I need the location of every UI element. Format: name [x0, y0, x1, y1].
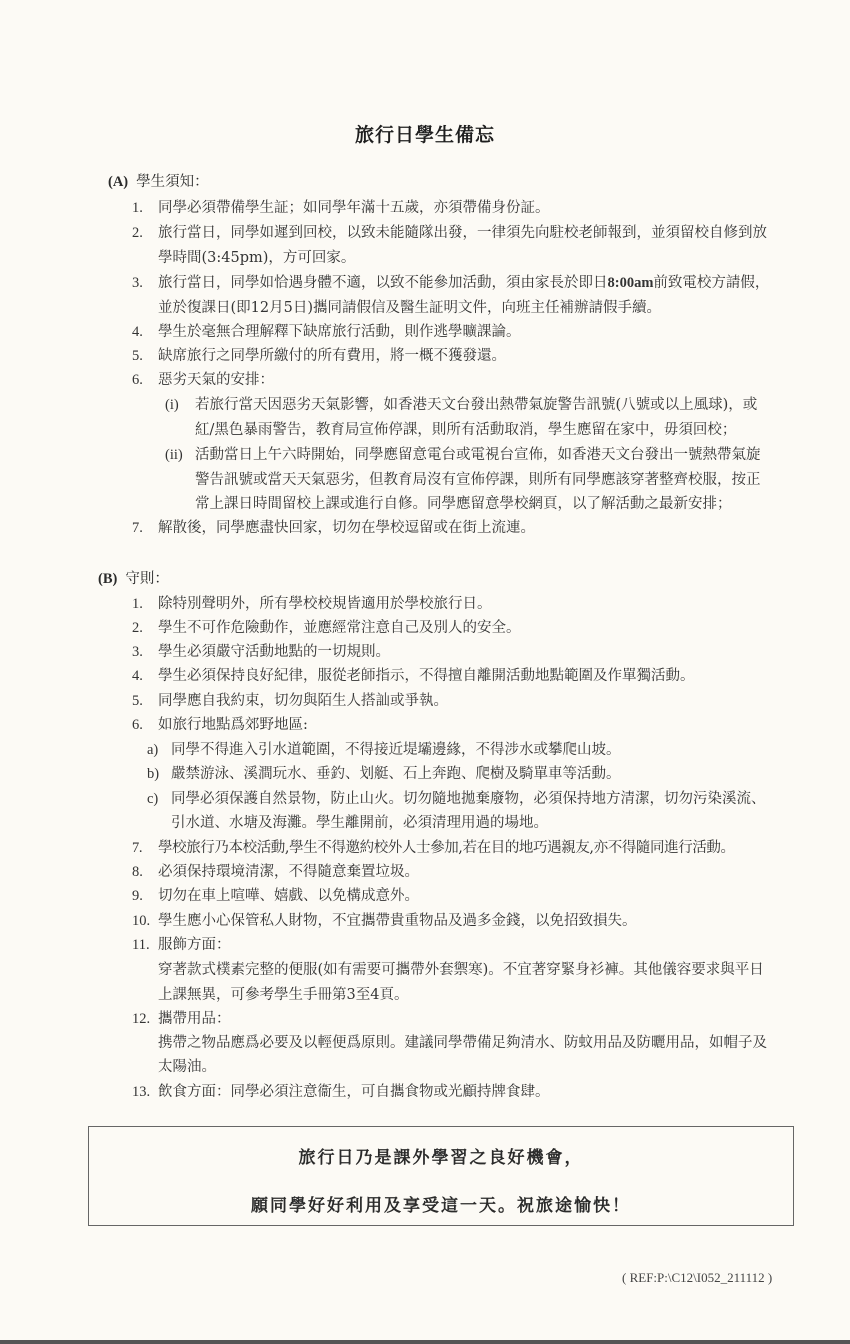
b-item-9: 9.切勿在車上喧嘩、嬉戲、以免構成意外。 — [132, 884, 419, 905]
b-item-11-cont2: 上課無異，可參考學生手冊第3至4頁。 — [158, 983, 408, 1004]
b-item-7: 7.學校旅行乃本校活動,學生不得邀約校外人士參加,若在目的地巧遇親友,亦不得隨同… — [132, 836, 735, 857]
a-item-6-ii-cont2: 常上課日時間留校上課或進行自修。同學應留意學校網頁，以了解活動之最新安排； — [195, 492, 732, 513]
motto-line-1: 旅行日乃是課外學習之良好機會， — [89, 1143, 793, 1168]
motto-line-2: 願同學好好利用及享受這一天。祝旅途愉快！ — [89, 1191, 793, 1216]
b-item-13: 13.飲食方面：同學必須注意衞生，可自攜食物或光顧持牌食肆。 — [132, 1080, 550, 1101]
a-item-6-i-cont: 紅/黑色暴雨警告，教育局宣佈停課，則所有活動取消，學生應留在家中，毋須回校； — [195, 418, 736, 439]
b-item-10: 10.學生應小心保管私人財物，不宜攜帶貴重物品及過多金錢，以免招致損失。 — [132, 909, 637, 930]
a-item-4: 4.學生於毫無合理解釋下缺席旅行活動，則作逃學曠課論。 — [132, 320, 521, 341]
b-item-6-a: a)同學不得進入引水道範圍，不得接近堤壩邊緣，不得涉水或攀爬山坡。 — [147, 738, 621, 759]
section-b-title: 守則： — [125, 571, 169, 587]
reference-code: ( REF:P:\C12\I052_211112 ) — [622, 1270, 772, 1286]
a-item-7: 7.解散後，同學應盡快回家，切勿在學校逗留或在街上流連。 — [132, 516, 535, 537]
a-item-2: 2.旅行當日，同學如遲到回校，以致未能隨隊出發，一律須先向駐校老師報到，並須留校… — [132, 221, 767, 242]
b-item-4: 4.學生必須保持良好紀律，服從老師指示，不得擅自離開活動地點範圍及作單獨活動。 — [132, 664, 695, 685]
b-item-6-c-cont: 引水道、水塘及海灘。學生離開前，必須清理用過的場地。 — [171, 811, 548, 832]
a-item-6-i: (i)若旅行當天因惡劣天氣影響，如香港天文台發出熱帶氣旋警告訊號(八號或以上風球… — [165, 393, 757, 414]
a-item-6-ii: (ii)活動當日上午六時開始，同學應留意電台或電視台宣佈，如香港天文台發出一號熱… — [165, 443, 761, 464]
b-item-12: 12.攜帶用品： — [132, 1007, 231, 1028]
a-item-2-cont: 學時間(3:45pm)，方可回家。 — [158, 246, 355, 267]
b-item-3: 3.學生必須嚴守活動地點的一切規則。 — [132, 640, 390, 661]
a-item-6: 6.惡劣天氣的安排： — [132, 368, 274, 389]
section-a-heading: (A)學生須知： — [108, 170, 209, 191]
deadline-time: 8:00am — [608, 275, 654, 291]
b-item-6-c: c)同學必須保護自然景物，防止山火。切勿隨地拋棄廢物，必須保持地方清潔，切勿污染… — [147, 787, 766, 808]
section-a-title: 學生須知： — [136, 174, 209, 190]
section-b-label: (B) — [98, 571, 117, 587]
b-item-2: 2.學生不可作危險動作，並應經常注意自己及別人的安全。 — [132, 616, 521, 637]
a-item-5: 5.缺席旅行之同學所繳付的所有費用，將一概不獲發還。 — [132, 344, 506, 365]
motto-box: 旅行日乃是課外學習之良好機會， 願同學好好利用及享受這一天。祝旅途愉快！ — [88, 1126, 794, 1226]
b-item-12-cont2: 太陽油。 — [158, 1055, 216, 1076]
section-a-label: (A) — [108, 174, 128, 190]
document-page: 旅行日學生備忘 (A)學生須知： 1.同學必須帶備學生証；如同學年滿十五歲，亦須… — [0, 0, 850, 1340]
a-item-3: 3.旅行當日，同學如恰遇身體不適，以致不能參加活動，須由家長於即日8:00am前… — [132, 271, 769, 292]
b-item-6-b: b)嚴禁游泳、溪澗玩水、垂釣、划艇、石上奔跑、爬樹及騎單車等活動。 — [147, 762, 621, 783]
document-title: 旅行日學生備忘 — [0, 120, 850, 147]
b-item-6: 6.如旅行地點爲郊野地區: — [132, 713, 308, 734]
section-b-heading: (B)守則： — [98, 567, 169, 588]
a-item-3-cont: 並於復課日(即12月5日)攜同請假信及醫生証明文件，向班主任補辦請假手續。 — [158, 296, 661, 317]
b-item-11: 11.服飾方面： — [132, 933, 231, 954]
b-item-1: 1.除特別聲明外，所有學校校規皆適用於學校旅行日。 — [132, 592, 492, 613]
a-item-1: 1.同學必須帶備學生証；如同學年滿十五歲，亦須帶備身份証。 — [132, 196, 550, 217]
b-item-8: 8.必須保持環境清潔，不得隨意棄置垃圾。 — [132, 860, 419, 881]
a-item-6-ii-cont1: 警告訊號或當天天氣惡劣，但教育局沒有宣佈停課，則所有同學應該穿著整齊校服，按正 — [195, 468, 761, 489]
b-item-11-cont1: 穿著款式樸素完整的便服(如有需要可攜帶外套禦寒)。不宜著穿緊身衫褲。其他儀容要求… — [158, 958, 764, 979]
b-item-12-cont1: 携帶之物品應爲必要及以輕便爲原則。建議同學帶備足夠清水、防蚊用品及防曬用品，如帽… — [158, 1031, 767, 1052]
b-item-5: 5.同學應自我約束，切勿與陌生人搭訕或爭執。 — [132, 689, 448, 710]
scan-edge — [0, 1340, 850, 1344]
